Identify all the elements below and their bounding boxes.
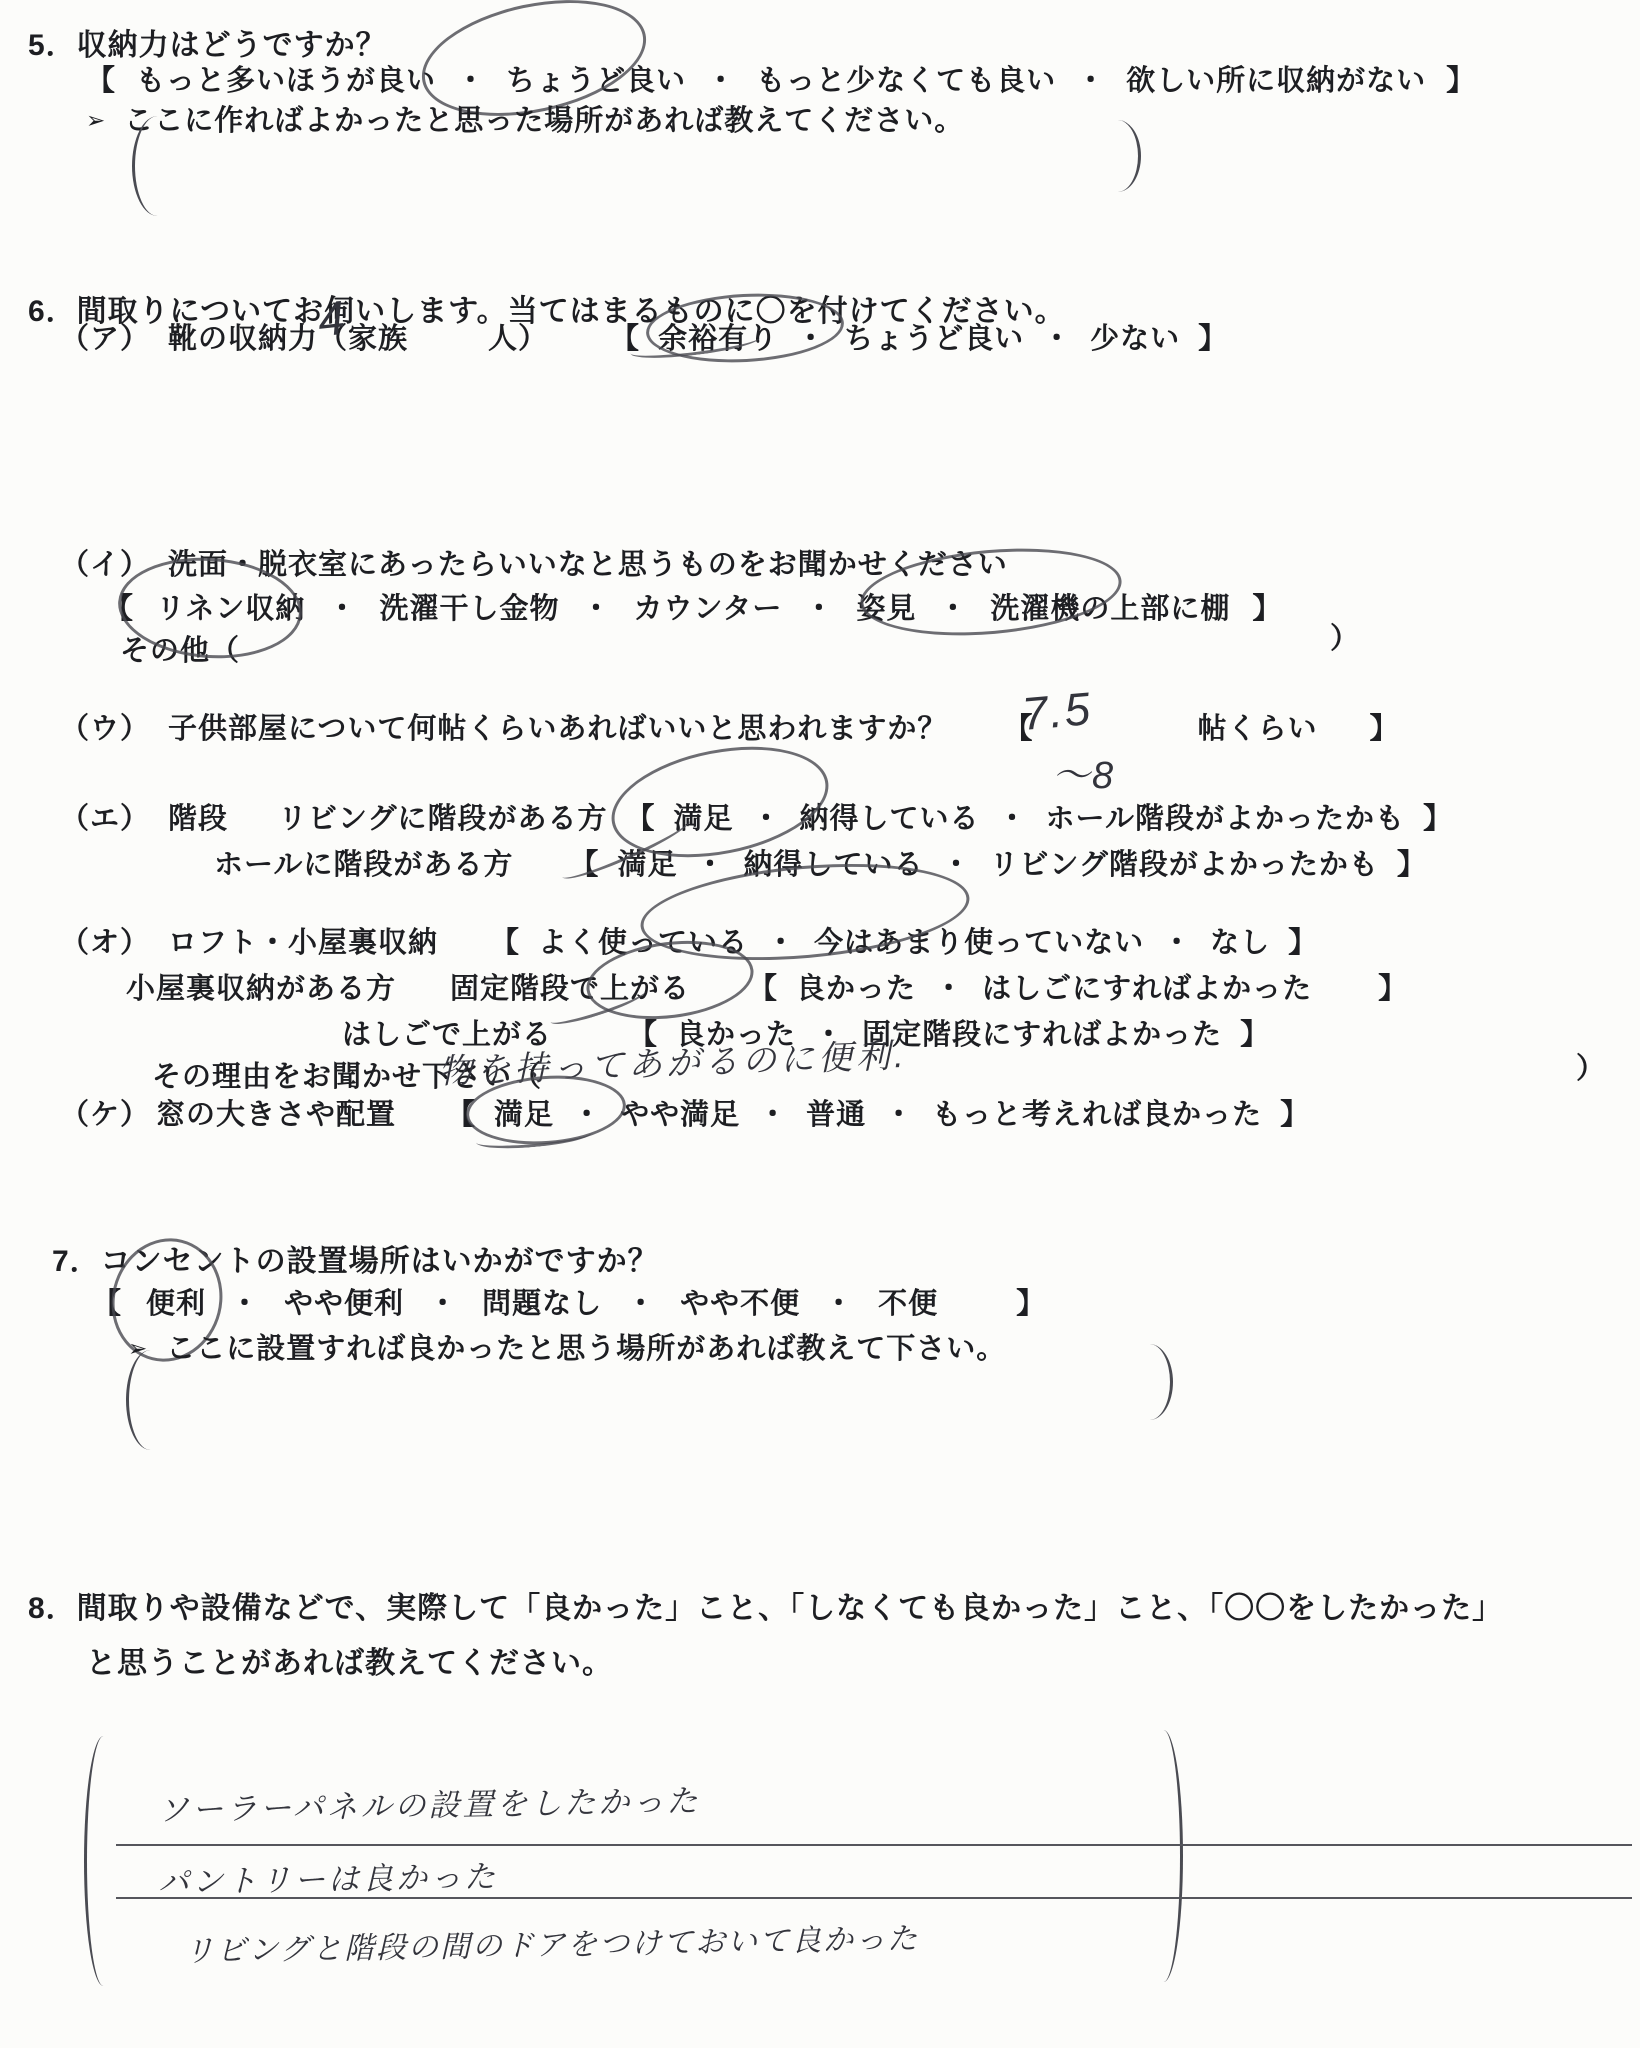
- answer-rule-1: [116, 1844, 1632, 1846]
- q6-i-option-3: カウンター: [633, 586, 782, 627]
- q6-u-unit: 帖くらい: [1197, 706, 1317, 747]
- q7-option-4: やや不便: [680, 1281, 800, 1322]
- separator-dot: ・: [1162, 920, 1192, 961]
- bracket-close: 】: [1252, 586, 1282, 627]
- q7-options-line: 【 便利 ・ やや便利 ・ 問題なし ・ やや不便 ・ 不便 】: [92, 1281, 1046, 1322]
- handwritten-answer-1: ソーラーパネルの設置をしたかった: [158, 1775, 701, 1829]
- q6-u-line: （ウ） 子供部屋について何帖くらいあればいいと思われますか？ 【 帖くらい 】: [60, 706, 1399, 747]
- q6-ke-option-4: もっと考えれば良かった: [932, 1092, 1262, 1133]
- separator-dot: ・: [1042, 316, 1072, 357]
- paren-close: ）: [1576, 1046, 1606, 1087]
- q6-e-row2-option-3: リビング階段がよかったかも: [990, 842, 1379, 883]
- q6-e-row1-option-2-selected: 納得している: [800, 796, 980, 837]
- q6-u-label: （ウ）: [60, 706, 150, 747]
- q8-answer-paren-left: [84, 1736, 123, 1986]
- bracket-close: 】: [1240, 1012, 1270, 1053]
- bracket-close: 】: [1288, 920, 1318, 961]
- q6-a-option-3: 少ない: [1090, 316, 1180, 357]
- q6-o-reason-close: ）: [1576, 1046, 1606, 1087]
- q6-u-lead: 子供部屋について何帖くらいあればいいと思われますか？: [168, 706, 947, 747]
- q5-prompt-line: ➢ ここに作ればよかったと思った場所があれば教えてください。: [86, 98, 964, 139]
- separator-dot: ・: [428, 1281, 458, 1322]
- handwritten-answer-3: リビングと階段の間のドアをつけておいて良かった: [184, 1914, 920, 1971]
- bracket-open: 【: [86, 58, 116, 99]
- q5-option-1: もっと多いほうが良い: [136, 58, 436, 99]
- separator-dot: ・: [758, 1092, 788, 1133]
- q6-ke-lead: 窓の大きさや配置: [156, 1092, 396, 1133]
- q5-options-line: 【 もっと多いほうが良い ・ ちょうど良い ・ もっと少なくても良い ・ 欲しい…: [86, 58, 1476, 99]
- q6-ke-option-3: 普通: [806, 1092, 866, 1133]
- q6-o-row1-option-3: なし: [1210, 920, 1270, 961]
- arrowhead-icon: ➢: [86, 107, 106, 134]
- q6-o-row2-option-1-selected: 良かった: [796, 966, 916, 1007]
- q6-o-lead: ロフト・小屋裏収納: [168, 920, 438, 961]
- q6-o-row2: 小屋裏収納がある方 固定階段で上がる 【 良かった ・ はしごにすればよかった …: [126, 966, 1408, 1007]
- separator-dot: ・: [824, 1281, 854, 1322]
- q6-a-lead: 靴の収納力（家族: [168, 316, 408, 357]
- q5-prompt-text: ここに作ればよかったと思った場所があれば教えてください。: [124, 98, 964, 139]
- q6-o-row3-option-2: 固定階段にすればよかった: [862, 1012, 1222, 1053]
- bracket-close: 】: [1397, 842, 1427, 883]
- separator-dot: ・: [884, 1092, 914, 1133]
- q6-e-row2-prefix: ホールに階段がある方: [214, 842, 513, 883]
- paren-close: ）: [1330, 616, 1360, 657]
- separator-dot: ・: [230, 1281, 260, 1322]
- q6-o-row2-prefix: 小屋裏収納がある方: [126, 966, 396, 1007]
- bracket-open: 【: [490, 920, 520, 961]
- separator-dot: ・: [327, 586, 357, 627]
- q6-a-option-2-selected: ちょうど良い: [844, 316, 1024, 357]
- q7-option-5: 不便: [878, 1281, 938, 1322]
- q7-option-2: やや便利: [284, 1281, 404, 1322]
- separator-dot: ・: [804, 586, 834, 627]
- q5-answer-paren-left: [132, 116, 183, 216]
- q8-title-line2: と思うことがあれば教えてください。: [86, 1638, 613, 1682]
- scanned-questionnaire-page: 5．収納力はどうですか？ 【 もっと多いほうが良い ・ ちょうど良い ・ もっと…: [0, 0, 1640, 2048]
- q6-ke-option-2-selected: やや満足: [620, 1092, 740, 1133]
- bracket-close: 】: [1016, 1281, 1046, 1322]
- q6-e-row1-prefix: リビングに階段がある方: [278, 796, 607, 837]
- separator-dot: ・: [1076, 58, 1106, 99]
- q8-title-line1: 8．間取りや設備などで、実際して「良かった」こと、「しなくても良かった」こと、「…: [28, 1583, 1503, 1627]
- separator-dot: ・: [706, 58, 736, 99]
- q6-ke-line: （ケ） 窓の大きさや配置 【 満足 ・ やや満足 ・ 普通 ・ もっと考えれば良…: [60, 1092, 1310, 1133]
- q6-e-label: （エ）: [60, 796, 150, 837]
- q6-i-option-2: 洗濯干し金物: [379, 586, 559, 627]
- separator-dot: ・: [626, 1281, 656, 1322]
- q5-answer-paren-right: [1094, 120, 1141, 192]
- q7-option-3: 問題なし: [482, 1281, 602, 1322]
- q7-answer-paren-right: [1126, 1344, 1173, 1420]
- q7-prompt-text: ここに設置すれば良かったと思う場所があれば教えて下さい。: [166, 1326, 1006, 1367]
- q8-title-text-1: 8．間取りや設備などで、実際して「良かった」こと、「しなくても良かった」こと、「…: [28, 1583, 1503, 1627]
- bracket-close: 】: [1446, 58, 1476, 99]
- q6-ke-label: （ケ）: [60, 1092, 150, 1133]
- q6-a-lead-end: 人）: [488, 316, 548, 357]
- bracket-close: 】: [1423, 796, 1453, 837]
- q6-o-row2-option-2: はしごにすればよかった: [982, 966, 1312, 1007]
- bracket-close: 】: [1378, 966, 1408, 1007]
- handwritten-tatami-answer: 7.5: [1020, 681, 1094, 741]
- handwritten-tatami-note: ～8: [1052, 744, 1115, 799]
- q6-o-label: （オ）: [60, 920, 150, 961]
- handwritten-family-count: 4: [315, 291, 349, 349]
- q5-option-3: もっと少なくても良い: [756, 58, 1056, 99]
- q5-option-4: 欲しい所に収納がない: [1126, 58, 1426, 99]
- q6-e-lead: 階段: [168, 796, 228, 837]
- handwritten-answer-2: パントリーは良かった: [158, 1851, 499, 1902]
- bracket-close: 】: [1198, 316, 1228, 357]
- bracket-close: 】: [1369, 706, 1399, 747]
- q6-a-label: （ア）: [60, 316, 150, 357]
- q7-prompt-line: ➢ ここに設置すれば良かったと思う場所があれば教えて下さい。: [128, 1326, 1006, 1367]
- q8-answer-paren-right: [1144, 1730, 1183, 1982]
- separator-dot: ・: [934, 966, 964, 1007]
- separator-dot: ・: [998, 796, 1028, 837]
- q8-title-text-2: と思うことがあれば教えてください。: [86, 1638, 613, 1682]
- q7-answer-paren-left: [126, 1350, 175, 1450]
- separator-dot: ・: [581, 586, 611, 627]
- bracket-close: 】: [1280, 1092, 1310, 1133]
- q6-i-other-close: ）: [1330, 616, 1360, 657]
- q6-e-row1-option-3: ホール階段がよかったかも: [1046, 796, 1405, 837]
